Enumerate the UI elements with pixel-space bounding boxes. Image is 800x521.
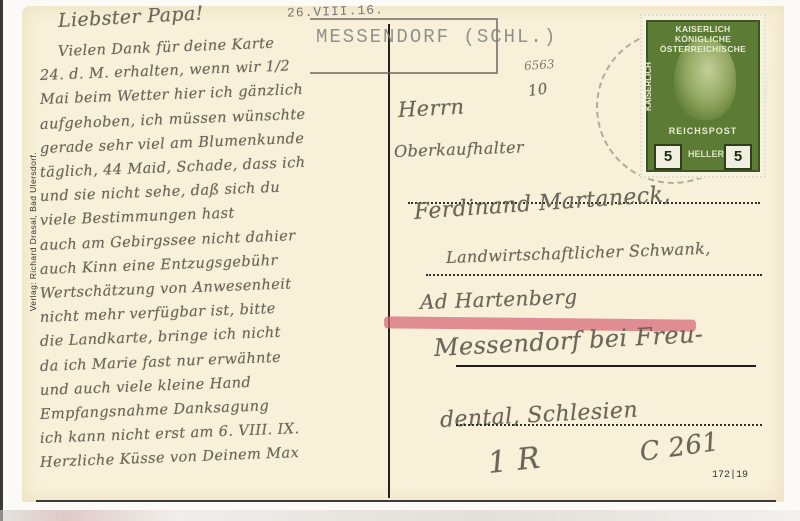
stamp-arc-text: KAISERLICH KÖNIGLICHE ÖSTERREICHISCHE [650,24,756,54]
town-underline [456,365,756,367]
stamp-currency: HELLER [688,149,722,159]
card-bottom-rule [36,500,776,502]
address-line-4-rule [456,424,762,426]
salutation: Herrn [397,95,465,122]
registry-mark: 10 [527,79,549,100]
scan-bottom-strip [0,510,800,521]
stamp-value-right: 5 [724,144,752,170]
stamp-frame: KAISERLICH KÖNIGLICHE ÖSTERREICHISCHE KA… [646,20,760,172]
bottom-mark-left: 1 R [486,441,542,481]
stamp-side-right: ÖSTERR. [760,69,769,105]
postage-stamp: KAISERLICH KÖNIGLICHE ÖSTERREICHISCHE KA… [640,14,766,178]
stamp-bottom-text: REICHSPOST [654,126,752,136]
print-code: 172|19 [712,470,748,481]
scan-edge [0,0,3,521]
registry-number: 6563 [524,57,555,73]
address-line-2-rule [426,274,762,276]
stamp-value-left: 5 [654,144,682,170]
vertical-divider [388,24,390,498]
cancel-stamp-text: MESSENDORF (SCHL.) [316,26,557,48]
stamp-side-left: KAISERLICH [644,62,653,111]
publisher-imprint: Verlag: Richard Drasal, Bad Ulersdorf. [28,152,38,311]
